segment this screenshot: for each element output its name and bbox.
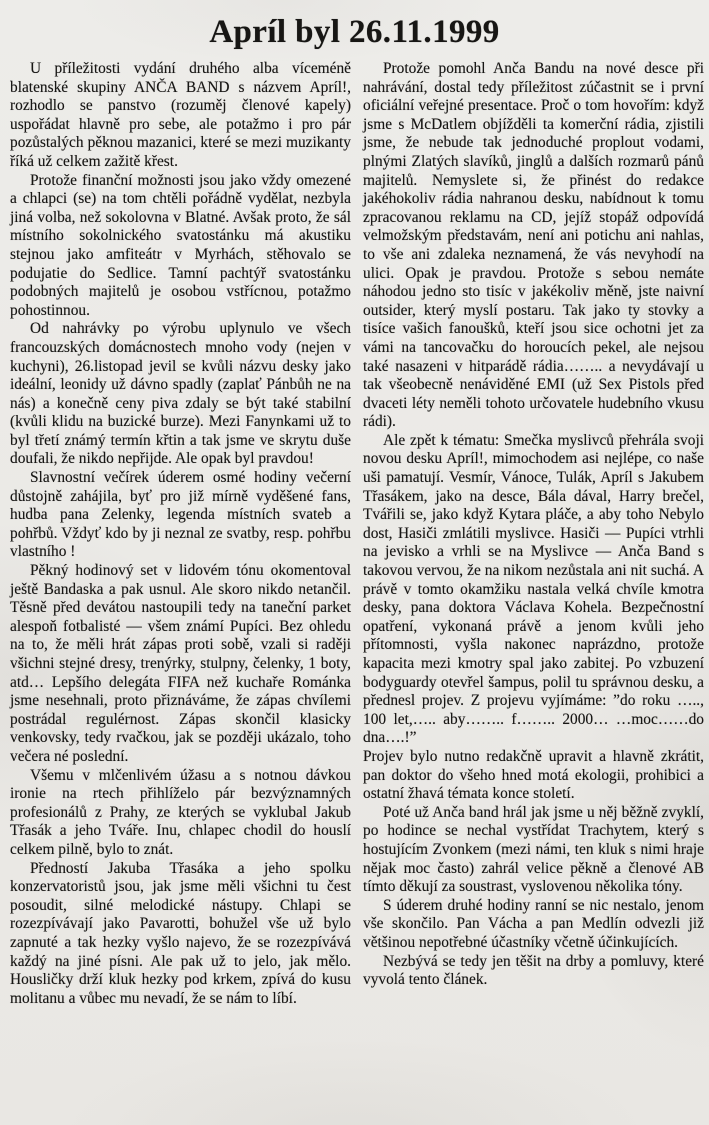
paragraph-left-6: Všemu v mlčenlivém úžasu a s notnou dávk… (10, 767, 351, 860)
right-column: Protože pomohl Anča Bandu na nové desce … (363, 60, 704, 1008)
paragraph-right-1: Protože pomohl Anča Bandu na nové desce … (363, 60, 704, 432)
paragraph-left-7: Předností Jakuba Třasáka a jeho spolku k… (10, 860, 351, 1009)
paragraph-left-3: Od nahrávky po výrobu uplynulo ve všech … (10, 320, 351, 469)
scanned-article-page: Apríl byl 26.11.1999 U příležitosti vydá… (0, 0, 709, 1125)
article-columns: U příležitosti vydání druhého alba vícem… (0, 51, 709, 1008)
article-title: Apríl byl 26.11.1999 (0, 0, 709, 51)
paragraph-right-4: Poté už Anča band hrál jak jsme u něj bě… (363, 804, 704, 897)
paragraph-left-2: Protože finanční možnosti jsou jako vždy… (10, 172, 351, 321)
paragraph-left-1: U příležitosti vydání druhého alba vícem… (10, 60, 351, 172)
paragraph-left-5: Pěkný hodinový set v lidovém tónu okomen… (10, 562, 351, 767)
paragraph-right-2: Ale zpět k tématu: Smečka myslivců přehr… (363, 432, 704, 748)
paragraph-left-4: Slavnostní večírek úderem osmé hodiny ve… (10, 469, 351, 562)
paragraph-right-5: S úderem druhé hodiny ranní se nic nesta… (363, 897, 704, 953)
paragraph-right-3: Projev bylo nutno redakčně upravit a hla… (363, 748, 704, 804)
paragraph-right-6: Nezbývá se tedy jen těšit na drby a poml… (363, 953, 704, 990)
left-column: U příležitosti vydání druhého alba vícem… (10, 60, 351, 1008)
